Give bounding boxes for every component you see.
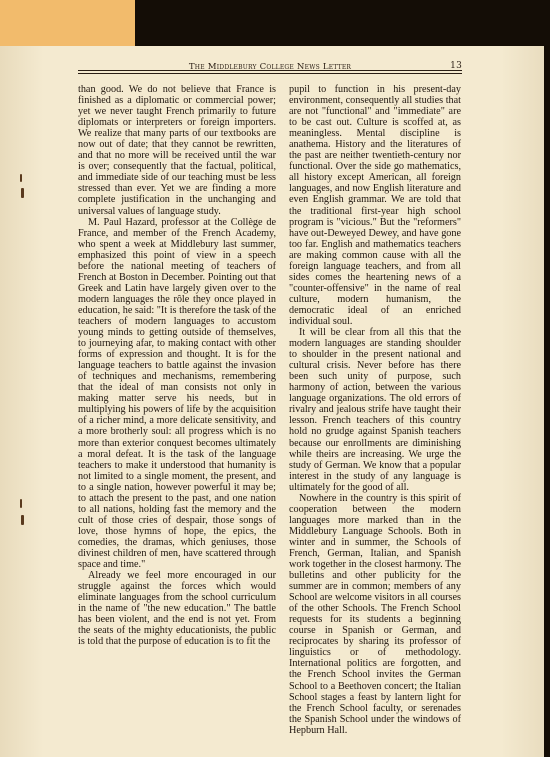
paragraph: Already we feel more encouraged in our s… <box>78 570 276 647</box>
paragraph: pupil to function in his present-day env… <box>289 84 461 327</box>
staple-mark-top-b <box>21 188 24 198</box>
running-header: The Middlebury College News Letter 13 <box>78 62 462 76</box>
orange-paper-edge <box>0 0 135 48</box>
paragraph: It will be clear from all this that the … <box>289 327 461 493</box>
header-rule-thin <box>78 73 462 74</box>
header-rule-thick <box>78 70 462 71</box>
staple-mark-bottom-b <box>21 515 24 525</box>
staple-mark-bottom-a <box>20 499 22 508</box>
right-column: pupil to function in his present-day env… <box>289 84 461 736</box>
paragraph: M. Paul Hazard, professor at the Collège… <box>78 217 276 571</box>
paragraph: Nowhere in the country is this spirit of… <box>289 493 461 736</box>
left-column: than good. We do not believe that France… <box>78 84 276 647</box>
paragraph: than good. We do not believe that France… <box>78 84 276 217</box>
staple-mark-top-a <box>20 174 22 182</box>
